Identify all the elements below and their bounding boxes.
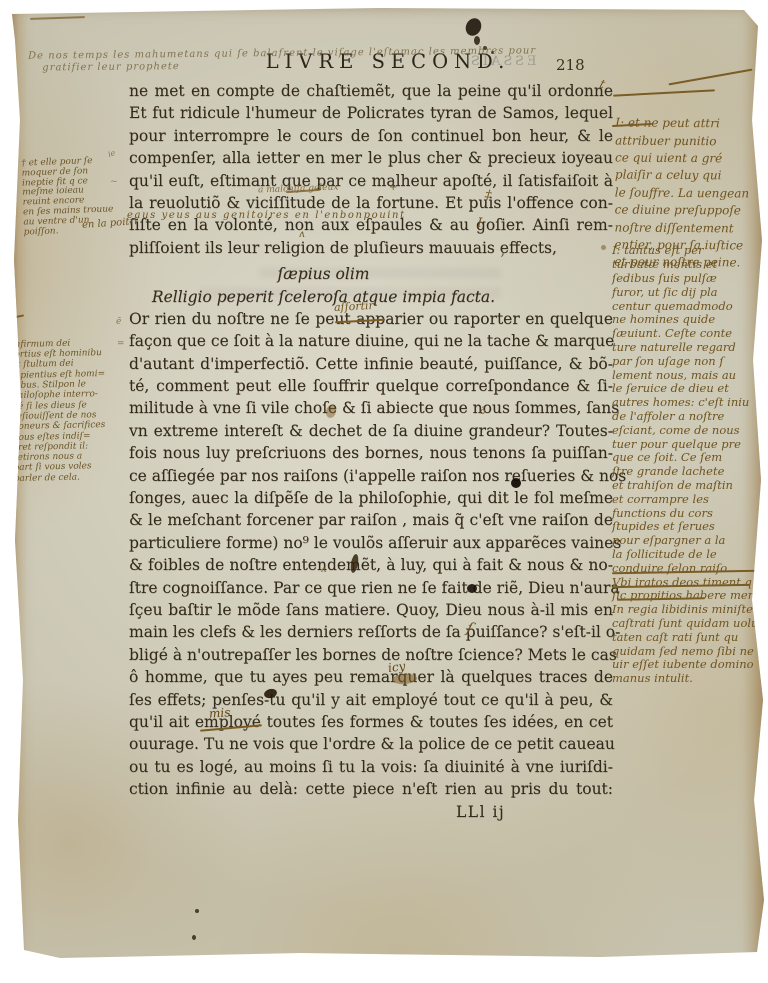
printed-line: ſes effets; penſes-tu qu'il y ait employ… [129, 689, 613, 711]
handwritten-line: taten caſt rati ſunt qu [612, 631, 768, 645]
handwritten-line: ſæuiunt. Ceſte conte [612, 327, 768, 341]
handwritten-line: ne homines quide [612, 313, 768, 327]
handwritten-line: pour eſpargner a la [612, 534, 768, 548]
printed-line: ſæpius olim [129, 263, 613, 285]
printed-line: ction infinie au delà: cette piece n'eſt… [129, 778, 613, 800]
printed-line: ſtre cognoiſſance. Par ce que rien ne ſe… [129, 577, 613, 599]
handwritten-line: uir eſſet iubente domino [612, 658, 768, 672]
handwritten-correction: + [389, 182, 397, 193]
handwritten-correction: ē [116, 317, 121, 327]
handwritten-line: que ce ſoit. Ce ſem [612, 451, 768, 465]
handwritten-correction: ʌ [321, 565, 326, 575]
handwritten-line: manus intulit. [612, 672, 768, 686]
handwritten-line: le ſouffre. La uengean [615, 184, 749, 202]
handwritten-line: et corrampre les [612, 493, 768, 507]
handwritten-line: parler de cela. [14, 472, 108, 484]
handwritten-correction: ie [107, 148, 116, 159]
printed-line: pour interrompre le cours de ſon continu… [129, 125, 613, 147]
printed-line: ce aſſiegée par nos raiſons (i'appelle r… [129, 465, 613, 487]
printed-line: fois nous luy preſcriuons des bornes, no… [129, 442, 613, 464]
handwritten-line: ſedibus ſuis pulſæ [612, 272, 768, 286]
ink-blot [192, 935, 196, 940]
top-margin-note: De nos temps les mahumetans qui ſe balaf… [28, 7, 537, 75]
handwritten-line: turbatæ mentis et [612, 258, 768, 272]
printed-line: compenſer, alla ietter en mer le plus ch… [129, 147, 613, 169]
printed-line: bligé à n'outrepaſſer les bornes de noſt… [129, 644, 613, 666]
handwritten-line: I: tantus eſt per [612, 244, 768, 258]
printed-line: LLl ij [129, 801, 613, 823]
handwritten-line: par ſon uſage non ſ [612, 355, 768, 369]
handwritten-correction: = [117, 339, 125, 349]
handwritten-correction: mis [209, 705, 231, 720]
handwritten-line: ſtre grande lachete [612, 465, 768, 479]
printed-line: ſonges, auec la diſpẽſe de la philoſophi… [129, 487, 613, 509]
handwritten-line: caſtrati ſunt quidam uolu [612, 617, 768, 631]
handwritten-line: In regia libidinis miniſterr [612, 603, 768, 617]
handwritten-correction: ~ [110, 177, 118, 187]
book-page-scan: { "page": { "header": "LIVRE SECOND.", "… [0, 0, 768, 983]
printed-line: ne met en compte de chaſtiemẽt, que la p… [129, 80, 613, 102]
handwritten-line: ture naturelle regard [612, 341, 768, 355]
handwritten-line: la ſollicitude de le [612, 548, 768, 562]
ink-blot [195, 909, 199, 913]
handwritten-line: ſtupides et ſerues [612, 520, 768, 534]
printed-line: ô homme, que tu ayes peu remarquer là qu… [129, 666, 613, 688]
printed-line: ouurage. Tu ne vois que l'ordre & la pol… [129, 733, 613, 755]
printed-line: Et fut ridicule l'humeur de Policrates t… [129, 102, 613, 124]
handwritten-correction: icy [387, 659, 406, 675]
printed-line: d'autant d'imperfectiõ. Cette infinie be… [129, 353, 613, 375]
printed-line: té, comment peut elle ſouffrir quelque c… [129, 375, 613, 397]
printed-line: ou tu es logé, au moins ſi tu la vois: ſ… [129, 756, 613, 778]
handwritten-line: de l'affoler a noſtre [612, 410, 768, 424]
ink-blot [511, 478, 521, 488]
printed-line: vn extreme intereſt & dechet de ſa diuin… [129, 420, 613, 442]
handwritten-correction: ʌ [299, 229, 305, 240]
ink-blot [467, 584, 477, 593]
handwritten-correction: ‡ [484, 188, 492, 204]
handwritten-line: quidam ſed nemo ſibi ne [612, 645, 768, 659]
handwritten-line: ce qui uient a gré [615, 150, 749, 168]
handwritten-line: le ſeruice de dieu et [612, 382, 768, 396]
printed-body-text: ne met en compte de chaſtiemẽt, que la p… [129, 80, 613, 823]
handwritten-line: autres homes: c'eſt iniu [612, 396, 768, 410]
handwritten-line: philoſophe interro- [12, 389, 106, 401]
printed-line: qu'il euſt, eſtimant que par ce malheur … [129, 170, 613, 192]
page-number: 218 [556, 56, 585, 74]
ink-blot [491, 51, 494, 54]
handwritten-line: centur quemadmodo [612, 300, 768, 314]
ink-blot [483, 46, 487, 50]
ink-blot [601, 245, 606, 250]
handwritten-correction: õ [480, 407, 485, 417]
handwritten-line: honeurs & ſacrifices [13, 420, 107, 432]
handwritten-correction: aſſortir [334, 299, 374, 314]
handwritten-line: furor, ut ſic dij pla [612, 286, 768, 300]
handwritten-correction: O [6, 309, 14, 320]
printed-line: & le meſchant forcener par raiſon , mais… [129, 509, 613, 531]
right-margin-note-2: I: tantus eſt perturbatæ mentis etſedibu… [612, 203, 768, 686]
printed-line: main les clefs & les derniers reſſorts d… [129, 621, 613, 643]
left-margin-note-2: Infirmum deifortius eſt hominibuet ſtult… [10, 307, 107, 484]
handwritten-line: ſic propitios habere merentu [612, 589, 768, 603]
handwritten-correction: I [476, 216, 482, 231]
handwritten-line: lement nous, mais au [612, 369, 768, 383]
printed-line: particuliere forme) no⁹ le voulõs aſſeru… [129, 532, 613, 554]
printed-line: pliſſoient ils leur religion de pluſieur… [129, 237, 613, 259]
handwritten-line: tuer pour quelque pre [612, 438, 768, 452]
printed-line: façon que ce ſoit à la nature diuine, qu… [129, 330, 613, 352]
printed-line: ſçeu baſtir le mõde ſans matiere. Quoy, … [129, 599, 613, 621]
handwritten-line: et trahiſon de maſtin [612, 479, 768, 493]
handwritten-line: eſciant, come de nous [612, 424, 768, 438]
page-paper: ESSAIS LIVRE SECOND. 218 ne met en compt… [0, 0, 768, 983]
handwritten-line: attribuer punitio [615, 132, 749, 150]
ink-blot [474, 36, 480, 45]
printed-line: & foibles de noſtre entendemẽt, à luy, q… [129, 554, 613, 576]
printed-line: militude à vne ſi vile choſe & ſi abiect… [129, 397, 613, 419]
handwritten-line: plaiſir a celuy qui [615, 167, 749, 185]
handwritten-line: functions du cors [612, 507, 768, 521]
handwritten-correction: eaus yeus aus genitoires en l'enbonpouin… [127, 210, 406, 221]
